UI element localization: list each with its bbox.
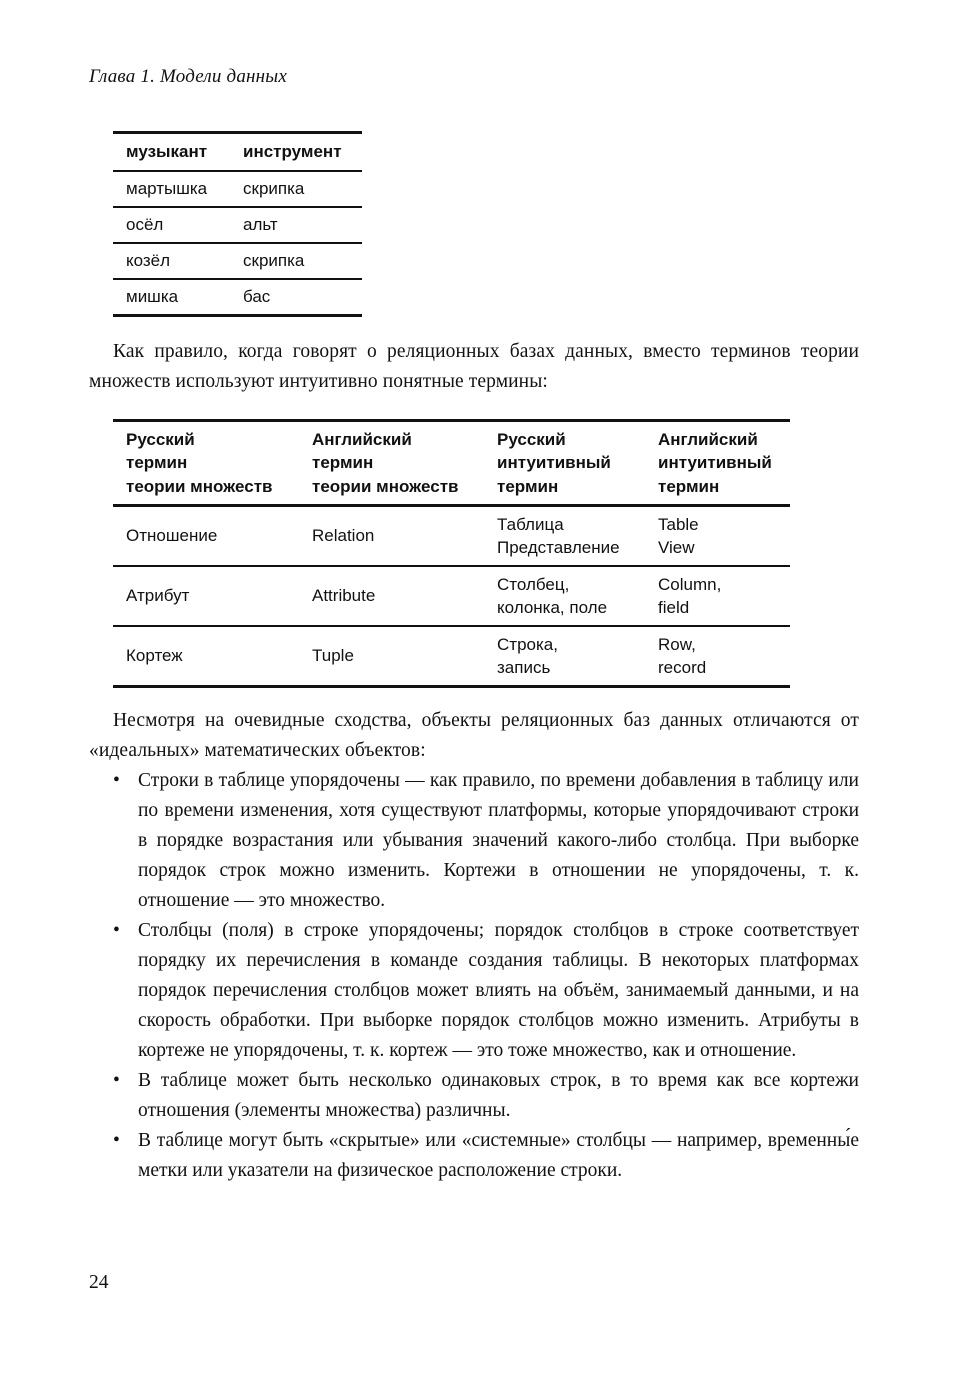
cell-line: Представление [497, 536, 645, 560]
table-header-row: Русскийтерминтеории множествАнглийскийте… [113, 421, 790, 506]
cell-line: колонка, поле [497, 596, 645, 620]
header-line: термин [658, 475, 790, 499]
table-row: мартышка скрипка [113, 171, 362, 207]
table-cell: Relation [299, 506, 484, 567]
table-cell: ТаблицаПредставление [484, 506, 645, 567]
table-cell: Tuple [299, 626, 484, 687]
table-header-row: музыкант инструмент [113, 133, 362, 172]
table-cell: Атрибут [113, 566, 299, 626]
paragraph-text: Как правило, когда говорят о реляционных… [89, 341, 859, 392]
header-line: термин [497, 475, 645, 499]
header-line: интуитивный [658, 451, 790, 475]
cell-line: Строка, [497, 633, 645, 657]
table-cell: Column,field [645, 566, 790, 626]
cell-line: Отношение [126, 524, 299, 548]
bullet-icon: • [113, 1126, 120, 1156]
table-cell: Кортеж [113, 626, 299, 687]
list-item: •В таблице может быть несколько одинаков… [113, 1066, 859, 1126]
header-line: теории множеств [312, 475, 484, 499]
cell-line: field [658, 596, 790, 620]
cell-line: Table [658, 513, 790, 537]
header-line: Русский [126, 428, 299, 452]
cell-line: Column, [658, 573, 790, 597]
bullet-icon: • [113, 916, 120, 946]
table-cell: Attribute [299, 566, 484, 626]
table-cell: Row,record [645, 626, 790, 687]
column-header: инструмент [230, 133, 362, 172]
paragraph-text: Несмотря на очевидные сходства, объекты … [89, 710, 859, 761]
table-cell: осёл [113, 207, 230, 243]
cell-line: Relation [312, 524, 484, 548]
paragraph-terms-intro: Как правило, когда говорят о реляционных… [89, 337, 859, 397]
cell-line: Атрибут [126, 584, 299, 608]
cell-line: Кортеж [126, 644, 299, 668]
list-item: •Столбцы (поля) в строке упорядочены; по… [113, 916, 859, 1066]
cell-line: Row, [658, 633, 790, 657]
musicians-table: музыкант инструмент мартышка скрипка осё… [113, 131, 362, 317]
table-cell: скрипка [230, 171, 362, 207]
list-item: •В таблице могут быть «скрытые» или «сис… [113, 1126, 859, 1186]
cell-line: View [658, 536, 790, 560]
table-row: козёл скрипка [113, 243, 362, 279]
running-head: Глава 1. Модели данных [89, 66, 287, 88]
list-item-text: В таблице могут быть «скрытые» или «сист… [138, 1130, 859, 1181]
table-row: осёл альт [113, 207, 362, 243]
table-row: мишка бас [113, 279, 362, 316]
header-line: Русский [497, 428, 645, 452]
list-item-text: Столбцы (поля) в строке упорядочены; пор… [138, 920, 859, 1061]
column-header: Русскийтерминтеории множеств [113, 421, 299, 506]
header-line: термин [126, 451, 299, 475]
list-item-text: В таблице может быть несколько одинаковы… [138, 1070, 859, 1121]
table-cell: мишка [113, 279, 230, 316]
header-line: интуитивный [497, 451, 645, 475]
table-cell: скрипка [230, 243, 362, 279]
bullet-icon: • [113, 766, 120, 796]
table-cell: Столбец,колонка, поле [484, 566, 645, 626]
cell-line: Attribute [312, 584, 484, 608]
table-cell: Строка,запись [484, 626, 645, 687]
list-item-text: Строки в таблице упорядочены — как прави… [138, 770, 859, 911]
column-header: Русскийинтуитивныйтермин [484, 421, 645, 506]
table-cell: бас [230, 279, 362, 316]
bullet-icon: • [113, 1066, 120, 1096]
column-header: Английскийинтуитивныйтермин [645, 421, 790, 506]
header-line: теории множеств [126, 475, 299, 499]
table-cell: мартышка [113, 171, 230, 207]
table-row: КортежTupleСтрока,записьRow,record [113, 626, 790, 687]
cell-line: запись [497, 656, 645, 680]
table-cell: козёл [113, 243, 230, 279]
page-number: 24 [89, 1272, 109, 1294]
differences-list: •Строки в таблице упорядочены — как прав… [113, 766, 859, 1186]
table-row: ОтношениеRelationТаблицаПредставлениеTab… [113, 506, 790, 567]
header-line: Английский [658, 428, 790, 452]
table-cell: Отношение [113, 506, 299, 567]
paragraph-differences-intro: Несмотря на очевидные сходства, объекты … [89, 706, 859, 766]
column-header: музыкант [113, 133, 230, 172]
column-header: Английскийтерминтеории множеств [299, 421, 484, 506]
table-cell: TableView [645, 506, 790, 567]
cell-line: record [658, 656, 790, 680]
list-item: •Строки в таблице упорядочены — как прав… [113, 766, 859, 916]
terminology-table: Русскийтерминтеории множествАнглийскийте… [113, 419, 790, 688]
table-row: АтрибутAttributeСтолбец,колонка, полеCol… [113, 566, 790, 626]
table-cell: альт [230, 207, 362, 243]
cell-line: Таблица [497, 513, 645, 537]
cell-line: Tuple [312, 644, 484, 668]
header-line: Английский [312, 428, 484, 452]
header-line: термин [312, 451, 484, 475]
cell-line: Столбец, [497, 573, 645, 597]
